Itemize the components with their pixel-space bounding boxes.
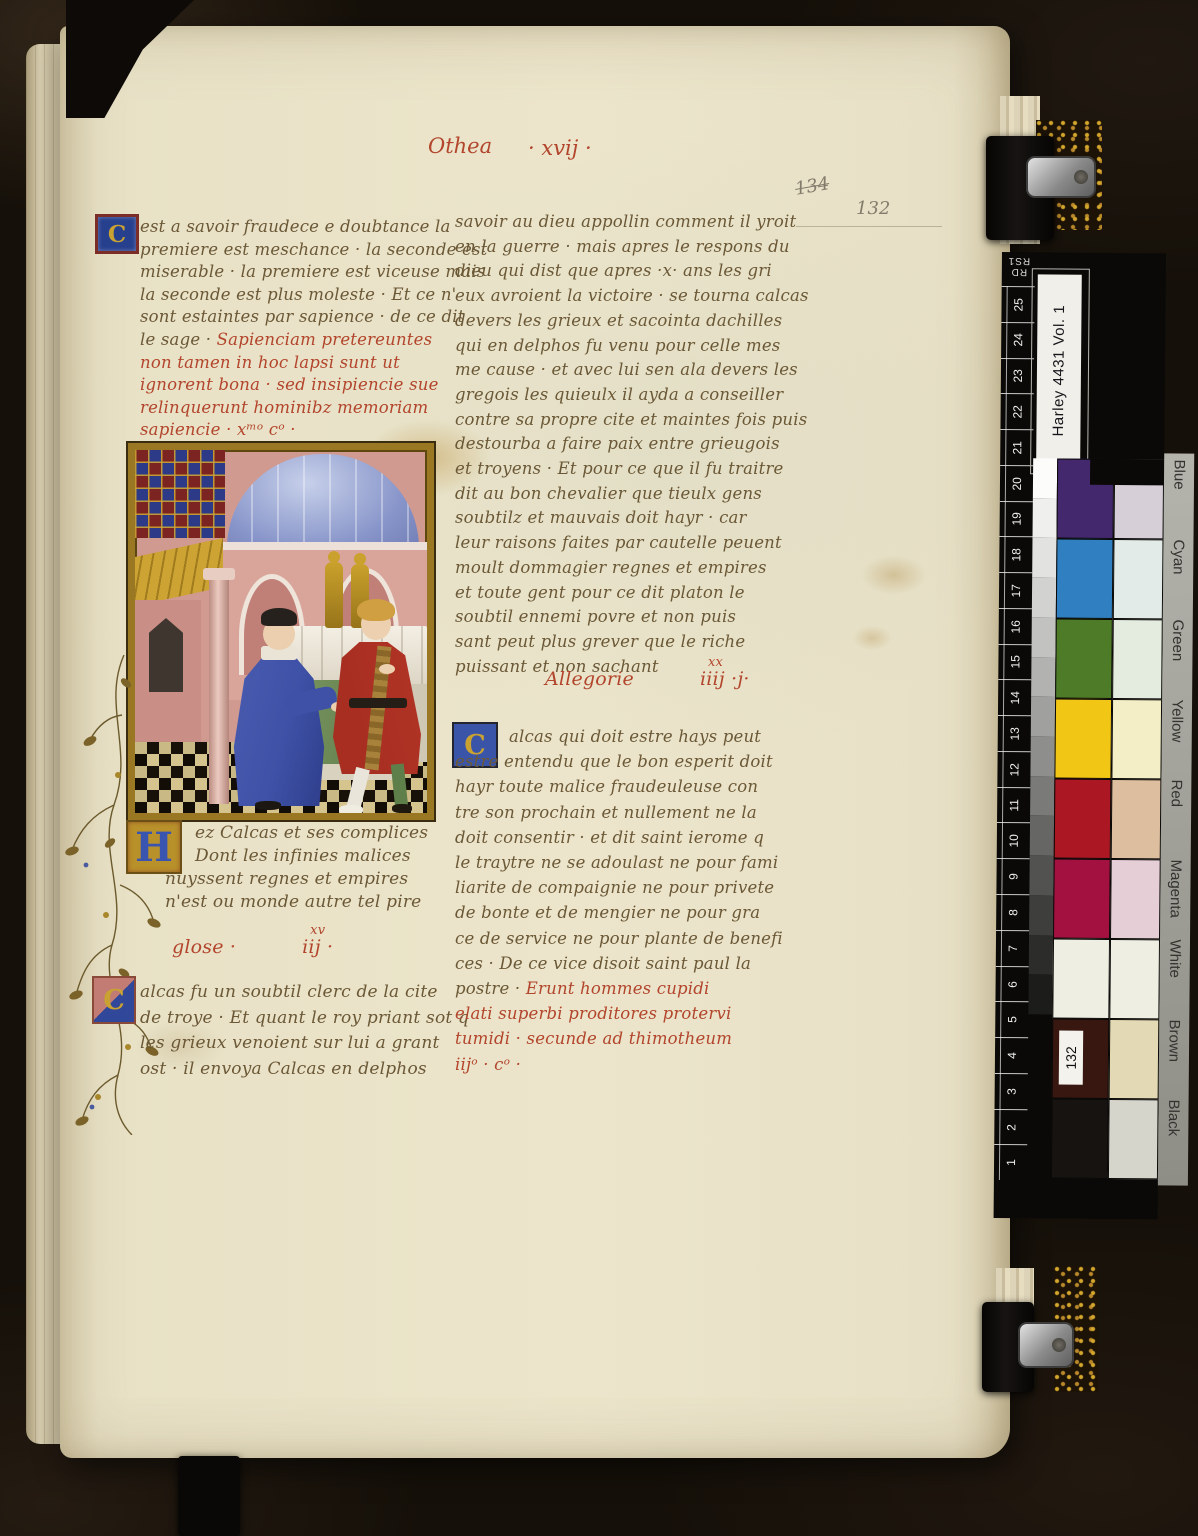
gray-step xyxy=(1033,458,1057,498)
text-line: hayr toute malice fraudeuleuse con xyxy=(455,774,783,799)
patch-label: Black xyxy=(1158,1093,1189,1173)
patch-row xyxy=(1054,778,1162,859)
text-line: le sage · Sapienciam pretereuntes xyxy=(140,329,487,352)
text-line: me cause · et avec lui sen ala devers le… xyxy=(455,358,809,383)
gray-step xyxy=(1031,697,1055,737)
ruler-cell: 1 xyxy=(994,1144,1027,1180)
knight-hair xyxy=(357,599,395,621)
text-line: postre · Erunt hommes cupidi xyxy=(455,976,783,1001)
text-line: contre sa propre cite et maintes fois pu… xyxy=(455,408,809,433)
metal-clasp xyxy=(1018,1322,1074,1368)
color-patch-tint xyxy=(1110,859,1161,939)
color-patch-tint xyxy=(1111,699,1162,779)
ruler-cell: 8 xyxy=(996,894,1029,930)
knight-white-shoe xyxy=(339,805,363,815)
text-line: iijᵒ · cᵒ · xyxy=(455,1052,783,1077)
gold-idol-statue xyxy=(325,562,343,628)
allegorie-sup: xx xyxy=(708,655,723,670)
ruler-cell: 25 xyxy=(1001,286,1034,322)
verse-text: ez Calcas et ses complicesDont les infin… xyxy=(165,822,428,914)
ruler-cell: 22 xyxy=(1000,393,1033,429)
allegorie-label: Allegorie xyxy=(545,668,634,690)
gray-step xyxy=(1030,736,1054,776)
running-title: Othea xyxy=(428,134,492,158)
glose-label: glose · xyxy=(172,936,236,958)
gray-step xyxy=(1031,617,1055,657)
ruler-cell: 7 xyxy=(996,930,1029,966)
color-patch-tint xyxy=(1113,539,1164,619)
text-line: miserable · la premiere est viceuse mais xyxy=(140,261,487,284)
patch-row xyxy=(1052,938,1160,1019)
decorated-initial-c-glose: C xyxy=(92,976,136,1024)
ruler-cell: 11 xyxy=(997,787,1030,823)
ruler-cell: 20 xyxy=(1000,465,1033,501)
text-line: relinquerunt hominibz memoriam xyxy=(140,397,487,420)
text-line: moult dommagier regnes et empires xyxy=(455,556,809,581)
text-line: leur raisons faites par cautelle peuent xyxy=(455,531,809,556)
gray-step xyxy=(1033,498,1057,538)
color-patch-tint xyxy=(1112,619,1163,699)
color-patch-tint xyxy=(1109,1019,1160,1099)
pencil-rule xyxy=(796,226,942,227)
ruler-cell: 4 xyxy=(995,1037,1028,1073)
ruler-cell: 17 xyxy=(999,572,1032,608)
color-calibration-bar: RD RS1 252423222120191817161514131211109… xyxy=(994,252,1198,1220)
chapter-numeral: · xvij · xyxy=(528,136,592,160)
allegorie-numeral: iiij ·j· xyxy=(700,668,750,690)
ruler-cell: 6 xyxy=(995,966,1028,1002)
text-line: savoir au dieu appollin comment il yroit xyxy=(455,210,809,235)
left-column-text: est a savoir fraudece e doubtance laprem… xyxy=(140,216,487,442)
ruler-cell: 16 xyxy=(999,608,1032,644)
text-line: dieu qui dist que apres ·x· ans les gri xyxy=(455,259,809,284)
gray-step xyxy=(1028,975,1052,1015)
column-capital xyxy=(203,568,235,580)
ruler-cell: 5 xyxy=(995,1001,1028,1037)
patch-label: Blue xyxy=(1164,453,1195,533)
text-line: soubtil ennemi povre et non puis xyxy=(455,605,809,630)
ruler-cell: 9 xyxy=(996,858,1029,894)
gray-step xyxy=(1029,935,1053,975)
text-line: le traytre ne se adoulast ne pour fami xyxy=(455,850,783,875)
text-line: sant peut plus grever que le riche xyxy=(455,630,809,655)
manuscript-page: Othea · xvij · 134 132 C est a savoir fr… xyxy=(60,26,1010,1458)
color-patch xyxy=(1054,698,1112,778)
text-line: dit au bon chevalier que tieulx gens xyxy=(455,482,809,507)
miniature-calchas-scene xyxy=(128,443,434,820)
text-line: tumidi · secunde ad thimotheum xyxy=(455,1026,783,1051)
cleric-black-cap xyxy=(261,608,297,626)
text-line: tre son prochain et nullement ne la xyxy=(455,800,783,825)
knight-belt xyxy=(349,698,407,708)
text-line: eux avroient la victoire · se tourna cal… xyxy=(455,284,809,309)
patch-label: Yellow xyxy=(1161,693,1192,773)
text-line: est a savoir fraudece e doubtance la xyxy=(140,216,487,239)
right-column-text: savoir au dieu appollin comment il yroit… xyxy=(455,210,809,679)
gray-step xyxy=(1031,657,1055,697)
text-line: ost · il envoya Calcas en delphos xyxy=(140,1057,469,1083)
patch-row xyxy=(1054,698,1162,779)
gray-step xyxy=(1030,776,1054,816)
text-line: devers les grieux et sacointa dachilles xyxy=(455,309,809,334)
patch-label: Magenta xyxy=(1160,853,1191,933)
allegory-text: alcas qui doit estre hays peutestre ente… xyxy=(455,724,783,1077)
cleric-shoe xyxy=(255,801,281,810)
text-line: gregois les quieulx il ayda a conseiller xyxy=(455,383,809,408)
diaper-background xyxy=(135,450,225,538)
text-line: premiere est meschance · la seconde est xyxy=(140,239,487,262)
ruler-cell: 3 xyxy=(995,1073,1028,1109)
decorated-initial-c: C xyxy=(95,214,139,254)
shelfmark-label: Harley 4431 Vol. 1 xyxy=(1036,274,1082,466)
text-line: ignorent bona · sed insipiencie sue xyxy=(140,374,487,397)
color-patch xyxy=(1051,1098,1109,1178)
patch-label: White xyxy=(1159,933,1190,1013)
ruler-cell: 14 xyxy=(998,679,1031,715)
patch-row xyxy=(1056,538,1164,619)
patch-label: Red xyxy=(1161,773,1192,853)
color-patch xyxy=(1055,618,1113,698)
patch-row xyxy=(1051,1098,1159,1179)
gray-step xyxy=(1030,816,1054,856)
ruler-cell: 13 xyxy=(998,715,1031,751)
ruler-cell: 23 xyxy=(1001,358,1034,394)
text-line: en la guerre · mais apres le respons du xyxy=(455,235,809,260)
folio-number-crossed: 134 xyxy=(793,173,830,200)
cleric-blue-robe xyxy=(231,658,327,806)
text-line: les grieux venoient sur lui a grant xyxy=(140,1031,469,1057)
glose-sup: xv xyxy=(310,923,325,938)
text-line: ces · De ce vice disoit saint paul la xyxy=(455,951,783,976)
verse-line: n'est ou monde autre tel pire xyxy=(165,891,428,914)
text-line: sapiencie · xᵐᵒ cᵒ · xyxy=(140,419,487,442)
glose-text: alcas fu un soubtil clerc de la citede t… xyxy=(140,980,469,1082)
patch-label: Brown xyxy=(1159,1013,1190,1093)
ruler-cell: 21 xyxy=(1000,429,1033,465)
ruler-cell: 12 xyxy=(997,751,1030,787)
patch-label-strip: BlueCyanGreenYellowRedMagentaWhiteBrownB… xyxy=(1158,453,1194,1185)
ruler-cell: 2 xyxy=(994,1109,1027,1145)
ruler-cell: 10 xyxy=(997,822,1030,858)
text-line: la seconde est plus moleste · Et ce n' xyxy=(140,284,487,307)
ruler-cell: 19 xyxy=(1000,501,1033,537)
color-patch-tint xyxy=(1108,1099,1159,1179)
color-patch-tint xyxy=(1109,939,1160,1019)
verse-line: ez Calcas et ses complices xyxy=(195,822,428,845)
cradle-strap xyxy=(178,1456,240,1536)
patch-black-notch xyxy=(1090,459,1164,486)
text-line: elati superbi proditores protervi xyxy=(455,1001,783,1026)
text-line: alcas qui doit estre hays peut xyxy=(509,724,783,749)
text-line: liarite de compaignie ne pour privete xyxy=(455,875,783,900)
photo-backdrop: Othea · xvij · 134 132 C est a savoir fr… xyxy=(0,0,1198,1536)
patch-row xyxy=(1053,858,1161,939)
color-patch xyxy=(1054,778,1112,858)
text-line: estre entendu que le bon esperit doit xyxy=(455,749,783,774)
column xyxy=(209,578,229,804)
folio-tag-label: 132 xyxy=(1059,1031,1083,1085)
color-patch xyxy=(1053,858,1111,938)
text-line: destourba a faire paix entre grieugois xyxy=(455,432,809,457)
patch-label: Cyan xyxy=(1163,533,1194,613)
text-line: doit consentir · et dit saint ierome q xyxy=(455,825,783,850)
text-line: soubtilz et mauvais doit hayr · car xyxy=(455,506,809,531)
text-line: et toute gent pour ce dit platon le xyxy=(455,581,809,606)
gray-step xyxy=(1029,855,1053,895)
text-line: qui en delphos fu venu pour celle mes xyxy=(455,334,809,359)
knight-black-shoe xyxy=(392,804,412,813)
text-line: sont estaintes par sapience · de ce dit xyxy=(140,306,487,329)
verse-line: Dont les infinies malices xyxy=(195,845,428,868)
folio-number: 132 xyxy=(856,198,890,219)
metal-clasp xyxy=(1026,156,1096,198)
text-line: de bonte et de mengier ne pour gra xyxy=(455,900,783,925)
text-line: alcas fu un soubtil clerc de la cite xyxy=(140,980,469,1006)
glose-numeral: iij · xyxy=(302,936,333,958)
ruler-cell: 15 xyxy=(998,644,1031,680)
color-patch xyxy=(1056,538,1114,618)
text-line: et troyens · Et pour ce que il fu traitr… xyxy=(455,457,809,482)
ruler-cell: 18 xyxy=(999,536,1032,572)
gray-step xyxy=(1029,895,1053,935)
allegorie-heading: Allegoriexxiiij ·j· xyxy=(545,668,750,690)
ruler-cell: 24 xyxy=(1001,322,1034,358)
patch-label: Green xyxy=(1162,613,1193,693)
gray-step xyxy=(1032,577,1056,617)
gray-step xyxy=(1032,538,1056,578)
glose-heading: glose ·xviij · xyxy=(172,936,333,958)
color-patch xyxy=(1052,938,1110,1018)
text-line: de troye · Et quant le roy priant sot q xyxy=(140,1006,469,1032)
knight-hand xyxy=(379,664,395,674)
patch-row xyxy=(1055,618,1163,699)
text-line: ce de service ne pour plante de benefi xyxy=(455,926,783,951)
verse-line: nuyssent regnes et empires xyxy=(165,868,428,891)
color-patch-tint xyxy=(1111,779,1162,859)
text-line: non tamen in hoc lapsi sunt ut xyxy=(140,352,487,375)
